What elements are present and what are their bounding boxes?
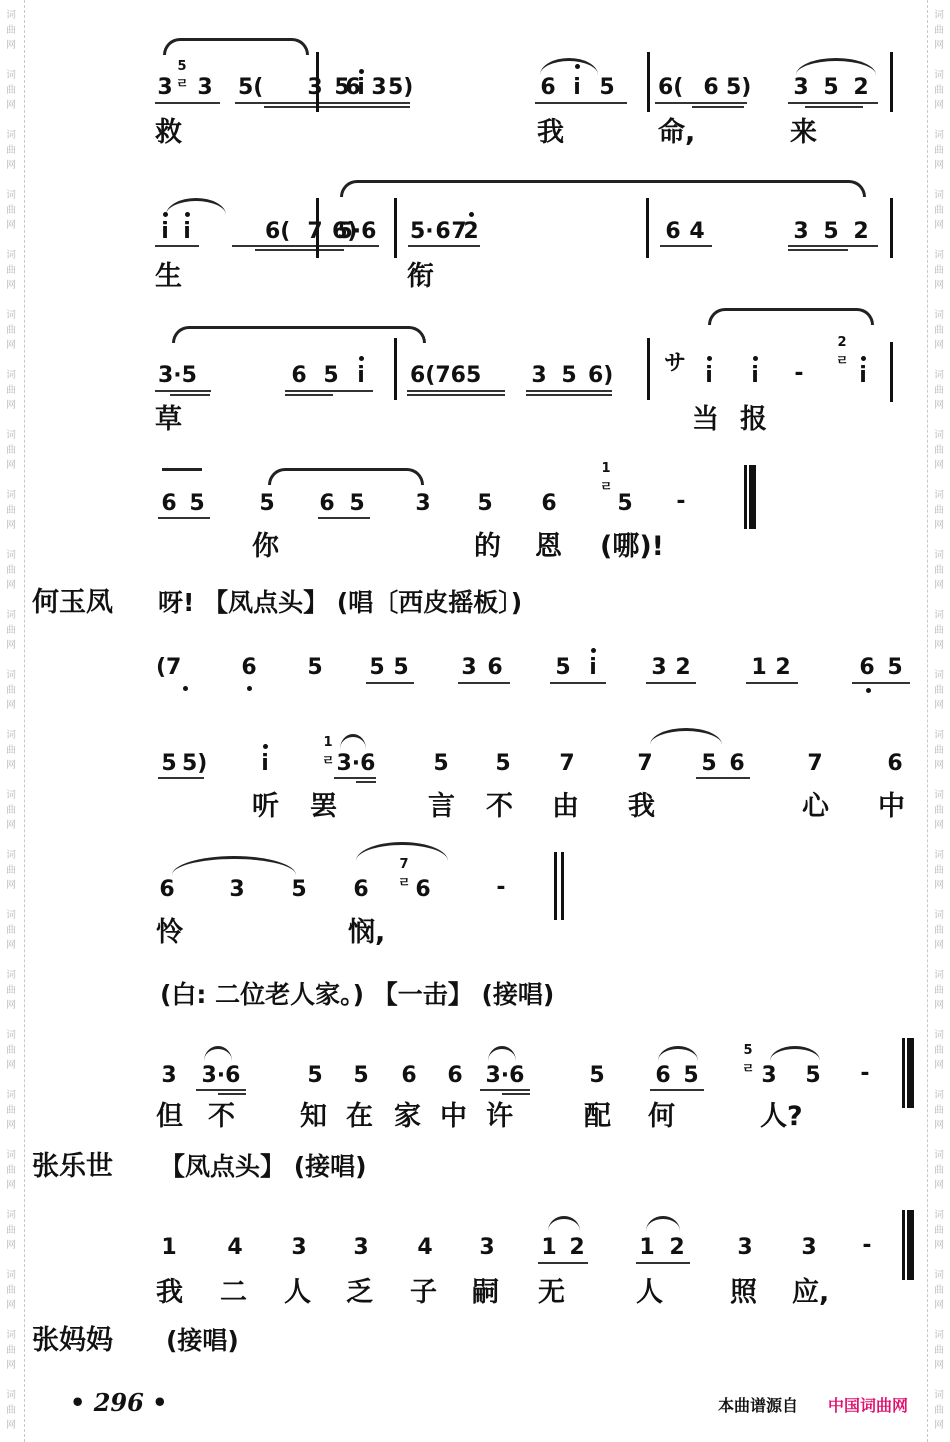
watermark-char: 网	[4, 638, 18, 653]
watermark-char: 词	[932, 68, 946, 83]
watermark-char: 曲	[932, 803, 946, 818]
lyric: 悯,	[348, 918, 385, 948]
note: 5	[392, 656, 410, 680]
watermark-char: 网	[4, 1118, 18, 1133]
lyric: 但	[156, 1102, 183, 1132]
grace-note: 5	[176, 60, 188, 74]
lyric: 言	[428, 792, 455, 822]
source-site-link[interactable]: 中国词曲网	[828, 1393, 908, 1416]
note: 6	[158, 878, 176, 902]
watermark-char: 网	[4, 278, 18, 293]
underline	[285, 390, 373, 392]
note: 6	[160, 492, 178, 516]
high-octave-dot	[591, 648, 596, 653]
watermark-char: 网	[932, 578, 946, 593]
note: 6	[446, 1064, 464, 1088]
watermark-char: 网	[4, 1358, 18, 1373]
watermark-char: 曲	[932, 83, 946, 98]
note: 6	[702, 76, 720, 100]
underline	[788, 245, 878, 247]
note: 6	[540, 492, 558, 516]
watermark-char: 网	[932, 1118, 946, 1133]
underline	[650, 1089, 704, 1091]
underline	[170, 394, 210, 396]
watermark-char: 词	[932, 1388, 946, 1403]
note: 3	[306, 76, 324, 100]
note: i	[568, 76, 586, 100]
dash: -	[858, 1234, 876, 1258]
slur	[488, 1046, 516, 1061]
lyric: 嗣	[472, 1278, 499, 1308]
underline	[330, 102, 410, 104]
watermark-char: 曲	[4, 1343, 18, 1358]
lyric: 命,	[658, 118, 695, 148]
note: 6(	[265, 220, 301, 244]
grace-note: 5	[742, 1044, 754, 1058]
note: 5	[822, 220, 840, 244]
watermark-char: 曲	[4, 623, 18, 638]
speaker-zhang-leshi: 张乐世	[32, 1152, 113, 1182]
note: 3	[460, 656, 478, 680]
watermark-char: 网	[932, 518, 946, 533]
lyric: 配	[584, 1102, 611, 1132]
note: 5	[348, 492, 366, 516]
watermark-char: 曲	[4, 83, 18, 98]
note: 6	[318, 492, 336, 516]
lyric: 心	[802, 792, 829, 822]
underline	[636, 1262, 690, 1264]
lyric: 子	[410, 1278, 437, 1308]
lyric: 许	[486, 1102, 513, 1132]
grace-mark-icon: ㄹ	[742, 1058, 754, 1082]
note: 6	[352, 878, 370, 902]
underline	[550, 682, 606, 684]
slur	[548, 1216, 580, 1231]
note: 2	[568, 1236, 586, 1260]
watermark-char: 曲	[4, 863, 18, 878]
grace-mark-icon: ㄹ	[398, 872, 410, 896]
note: 5	[560, 364, 578, 388]
watermark-char: 词	[4, 728, 18, 743]
watermark-char: 网	[4, 398, 18, 413]
barline	[394, 198, 397, 258]
note: 5	[258, 492, 276, 516]
watermark-char: 词	[932, 308, 946, 323]
note: i	[156, 220, 174, 244]
slur	[204, 1046, 232, 1061]
barline	[647, 338, 650, 400]
watermark-char: 网	[932, 338, 946, 353]
note: i	[584, 656, 602, 680]
source-label: 本曲谱源自	[718, 1393, 798, 1416]
grace-mark-icon: ㄹ	[600, 476, 612, 500]
note: 6	[486, 656, 504, 680]
underline	[366, 682, 414, 684]
note: 6	[728, 752, 746, 776]
note: 6	[290, 364, 308, 388]
watermark-char: 网	[932, 638, 946, 653]
watermark-char: 词	[932, 188, 946, 203]
slur	[162, 468, 202, 471]
final-barline-thin	[902, 1038, 905, 1108]
watermark-char: 曲	[932, 143, 946, 158]
barline	[394, 338, 397, 400]
note: 1	[540, 1236, 558, 1260]
note: 6	[414, 878, 432, 902]
watermark-char: 曲	[4, 23, 18, 38]
watermark-char: 曲	[932, 383, 946, 398]
note: 3	[160, 1064, 178, 1088]
underline	[646, 682, 696, 684]
note: 3	[800, 1236, 818, 1260]
watermark-char: 曲	[932, 1343, 946, 1358]
watermark-char: 曲	[4, 503, 18, 518]
note: 5)	[388, 76, 418, 100]
spoken-line: (白: 二位老人家。) 【一击】 (接唱)	[160, 980, 554, 1010]
watermark-char: 曲	[932, 323, 946, 338]
watermark-char: 词	[4, 908, 18, 923]
watermark-char: 词	[932, 968, 946, 983]
lyric: 由	[552, 792, 579, 822]
note: 5	[476, 492, 494, 516]
watermark-char: 曲	[932, 1283, 946, 1298]
watermark-char: 网	[932, 398, 946, 413]
watermark-char: 网	[932, 1298, 946, 1313]
watermark-char: 曲	[932, 923, 946, 938]
watermark-char: 词	[4, 8, 18, 23]
grace-note: 1	[600, 462, 612, 476]
barline	[316, 52, 319, 112]
note: i	[352, 364, 370, 388]
note: i	[700, 364, 718, 388]
final-barline-thin	[744, 465, 747, 529]
watermark-char: 网	[932, 938, 946, 953]
note: i	[854, 364, 872, 388]
underline	[458, 682, 510, 684]
watermark-char: 词	[932, 1088, 946, 1103]
high-octave-dot	[359, 69, 364, 74]
watermark-char: 曲	[932, 983, 946, 998]
note: 6(765	[410, 364, 520, 388]
watermark-char: 词	[932, 1028, 946, 1043]
watermark-char: 网	[4, 938, 18, 953]
lyric: 听	[252, 792, 279, 822]
underline	[526, 394, 612, 396]
watermark-char: 词	[932, 548, 946, 563]
grace-note: 2	[836, 336, 848, 350]
dash: -	[672, 490, 690, 514]
underline	[502, 1093, 530, 1095]
note: 5	[368, 656, 386, 680]
note: 5	[822, 76, 840, 100]
note: 2	[852, 76, 870, 100]
stage-direction: 【凤点头】 (接唱)	[160, 1152, 367, 1182]
grace-mark-icon: ㄹ	[322, 750, 334, 774]
underline	[327, 245, 379, 247]
watermark-char: 网	[4, 698, 18, 713]
barline	[316, 198, 319, 258]
note: 3	[478, 1236, 496, 1260]
watermark-char: 曲	[4, 683, 18, 698]
watermark-char: 网	[4, 38, 18, 53]
dash: -	[492, 876, 510, 900]
watermark-char: 曲	[4, 1223, 18, 1238]
underline	[155, 390, 211, 392]
watermark-char: 网	[932, 1418, 946, 1433]
high-octave-dot	[359, 356, 364, 361]
stage-direction: (接唱)	[166, 1326, 239, 1356]
barline	[890, 52, 893, 112]
watermark-char: 曲	[4, 323, 18, 338]
slur	[340, 180, 866, 197]
note: 2	[668, 1236, 686, 1260]
note: 3	[228, 878, 246, 902]
slur	[540, 58, 598, 75]
watermark-char: 网	[932, 998, 946, 1013]
slur	[646, 1216, 680, 1231]
note: 6	[240, 656, 258, 680]
watermark-char: 词	[932, 428, 946, 443]
lyric: 恩	[535, 532, 562, 562]
watermark-char: 词	[932, 1208, 946, 1223]
watermark-char: 词	[932, 848, 946, 863]
barline	[646, 198, 649, 258]
speaker-he-yufeng: 何玉凤	[32, 588, 113, 618]
high-octave-dot	[263, 744, 268, 749]
watermark-char: 网	[932, 1178, 946, 1193]
note: 3	[414, 492, 432, 516]
lyric: 我	[156, 1278, 183, 1308]
note: 5	[290, 878, 308, 902]
watermark-char: 曲	[932, 683, 946, 698]
watermark-char: 曲	[4, 263, 18, 278]
underline	[660, 245, 712, 247]
slur	[172, 856, 296, 875]
watermark-char: 网	[932, 38, 946, 53]
watermark-char: 词	[932, 368, 946, 383]
underline	[407, 394, 505, 396]
watermark-char: 词	[4, 68, 18, 83]
lyric: 何	[648, 1102, 675, 1132]
grace-mark-icon: ㄹ	[836, 350, 848, 374]
lyric: 生	[155, 262, 182, 292]
underline	[480, 1089, 530, 1091]
note: i	[178, 220, 196, 244]
watermark-char: 词	[4, 488, 18, 503]
lyric: 知	[300, 1102, 327, 1132]
watermark-char: 网	[4, 338, 18, 353]
watermark-char: 词	[932, 1328, 946, 1343]
final-barline-thick	[907, 1038, 914, 1108]
watermark-char: 曲	[4, 1283, 18, 1298]
lyric: 你	[252, 532, 279, 562]
underline	[655, 102, 747, 104]
watermark-char: 网	[4, 518, 18, 533]
watermark-char: 曲	[4, 803, 18, 818]
note: 5·6	[327, 220, 387, 244]
note: 1	[750, 656, 768, 680]
watermark-char: 网	[932, 458, 946, 473]
note: 5	[554, 656, 572, 680]
slur	[340, 734, 366, 749]
note: 4	[688, 220, 706, 244]
underline	[285, 394, 333, 396]
lyric: (哪)!	[600, 532, 664, 562]
watermark-char: 曲	[4, 143, 18, 158]
note: 5	[306, 1064, 324, 1088]
note: 2	[852, 220, 870, 244]
watermark-char: 网	[932, 218, 946, 233]
watermark-char: 词	[4, 788, 18, 803]
final-barline-thick	[749, 465, 756, 529]
left-margin: 词曲网词曲网词曲网词曲网词曲网词曲网词曲网词曲网词曲网词曲网词曲网词曲网词曲网词…	[0, 0, 25, 1442]
watermark-char: 网	[4, 458, 18, 473]
note: 1	[638, 1236, 656, 1260]
lyric: 来	[790, 118, 817, 148]
lyric: 我	[537, 118, 564, 148]
watermark-char: 词	[4, 548, 18, 563]
watermark-char: 曲	[4, 383, 18, 398]
watermark-char: 词	[4, 188, 18, 203]
underline	[538, 1262, 588, 1264]
note: 3	[760, 1064, 778, 1088]
note: 5(	[238, 76, 272, 100]
underline	[330, 106, 410, 108]
underline	[334, 777, 376, 779]
slur	[796, 58, 876, 75]
watermark-char: 曲	[932, 23, 946, 38]
watermark-char: 曲	[4, 1103, 18, 1118]
note: 1	[160, 1236, 178, 1260]
watermark-char: 曲	[932, 1103, 946, 1118]
low-octave-dot	[183, 686, 188, 691]
watermark-char: 词	[932, 1148, 946, 1163]
note: 5	[616, 492, 634, 516]
watermark-char: 网	[4, 1238, 18, 1253]
watermark-char: 曲	[932, 1223, 946, 1238]
slur	[658, 1046, 698, 1061]
watermark-char: 词	[4, 608, 18, 623]
dash: -	[856, 1062, 874, 1086]
underline	[318, 517, 370, 519]
final-barline-thin	[902, 1210, 905, 1280]
lyric: 无	[538, 1278, 565, 1308]
lyric: 人?	[760, 1102, 803, 1132]
high-octave-dot	[163, 212, 168, 217]
lyric: 乏	[346, 1278, 373, 1308]
watermark-char: 词	[4, 968, 18, 983]
watermark-char: 网	[932, 278, 946, 293]
lyric: 报	[740, 405, 767, 435]
watermark-char: 词	[4, 1328, 18, 1343]
high-octave-dot	[753, 356, 758, 361]
watermark-char: 曲	[932, 443, 946, 458]
lyric: 在	[346, 1102, 373, 1132]
underline	[408, 245, 480, 247]
lyric: 罢	[310, 792, 337, 822]
watermark-char: 词	[932, 488, 946, 503]
watermark-char: 词	[4, 1388, 18, 1403]
underline	[788, 249, 848, 251]
note: 6(	[658, 76, 694, 100]
watermark-char: 词	[4, 128, 18, 143]
barline	[890, 342, 893, 402]
lyric: 救	[155, 118, 182, 148]
high-octave-dot	[575, 64, 580, 69]
lyric: 照	[730, 1278, 757, 1308]
underline	[218, 1093, 246, 1095]
watermark-char: 词	[932, 128, 946, 143]
note: 4	[416, 1236, 434, 1260]
note: i	[352, 76, 370, 100]
watermark-char: 网	[932, 758, 946, 773]
stage-direction: 呀! 【凤点头】 (唱〔西皮摇板〕)	[158, 588, 522, 618]
watermark-char: 曲	[4, 1403, 18, 1418]
watermark-char: 网	[4, 578, 18, 593]
note: 5)	[726, 76, 758, 100]
watermark-char: 曲	[932, 563, 946, 578]
note: 6	[539, 76, 557, 100]
lyric: 不	[486, 792, 513, 822]
note: 3	[370, 76, 388, 100]
note: 3	[650, 656, 668, 680]
watermark-char: 曲	[4, 743, 18, 758]
watermark-char: 词	[4, 308, 18, 323]
lyric: 中	[440, 1102, 467, 1132]
underline	[158, 517, 210, 519]
underline	[155, 245, 199, 247]
note: 5	[322, 364, 340, 388]
lyric: 不	[208, 1102, 235, 1132]
note: 5	[160, 752, 178, 776]
note: 3	[156, 76, 174, 100]
note: 3·5	[158, 364, 218, 388]
note: 5	[804, 1064, 822, 1088]
note: 3	[290, 1236, 308, 1260]
underline	[852, 682, 910, 684]
watermark-char: 词	[932, 668, 946, 683]
dash: -	[790, 362, 808, 386]
note: 3	[792, 76, 810, 100]
watermark-char: 网	[4, 98, 18, 113]
lyric: 我	[628, 792, 655, 822]
note: 3	[792, 220, 810, 244]
watermark-char: 网	[4, 1418, 18, 1433]
watermark-char: 网	[932, 98, 946, 113]
watermark-char: 网	[4, 158, 18, 173]
lyric: 应,	[792, 1278, 829, 1308]
lyric: 当	[692, 405, 719, 435]
watermark-char: 网	[4, 1298, 18, 1313]
note: 5	[700, 752, 718, 776]
watermark-char: 网	[4, 1178, 18, 1193]
watermark-char: 词	[4, 1208, 18, 1223]
note: 5	[682, 1064, 700, 1088]
lyric: 人	[284, 1278, 311, 1308]
note: 6	[664, 220, 682, 244]
low-octave-dot	[866, 688, 871, 693]
note: 3·6	[480, 1064, 530, 1088]
high-octave-dot	[707, 356, 712, 361]
speaker-zhang-mama: 张妈妈	[32, 1326, 113, 1356]
grace-note: 1	[322, 736, 334, 750]
note: 2	[462, 220, 480, 244]
watermark-char: 曲	[4, 563, 18, 578]
watermark-char: 曲	[932, 1403, 946, 1418]
watermark-char: 词	[932, 248, 946, 263]
lyric: 怜	[156, 918, 183, 948]
page-number: • 296 •	[70, 1388, 168, 1417]
